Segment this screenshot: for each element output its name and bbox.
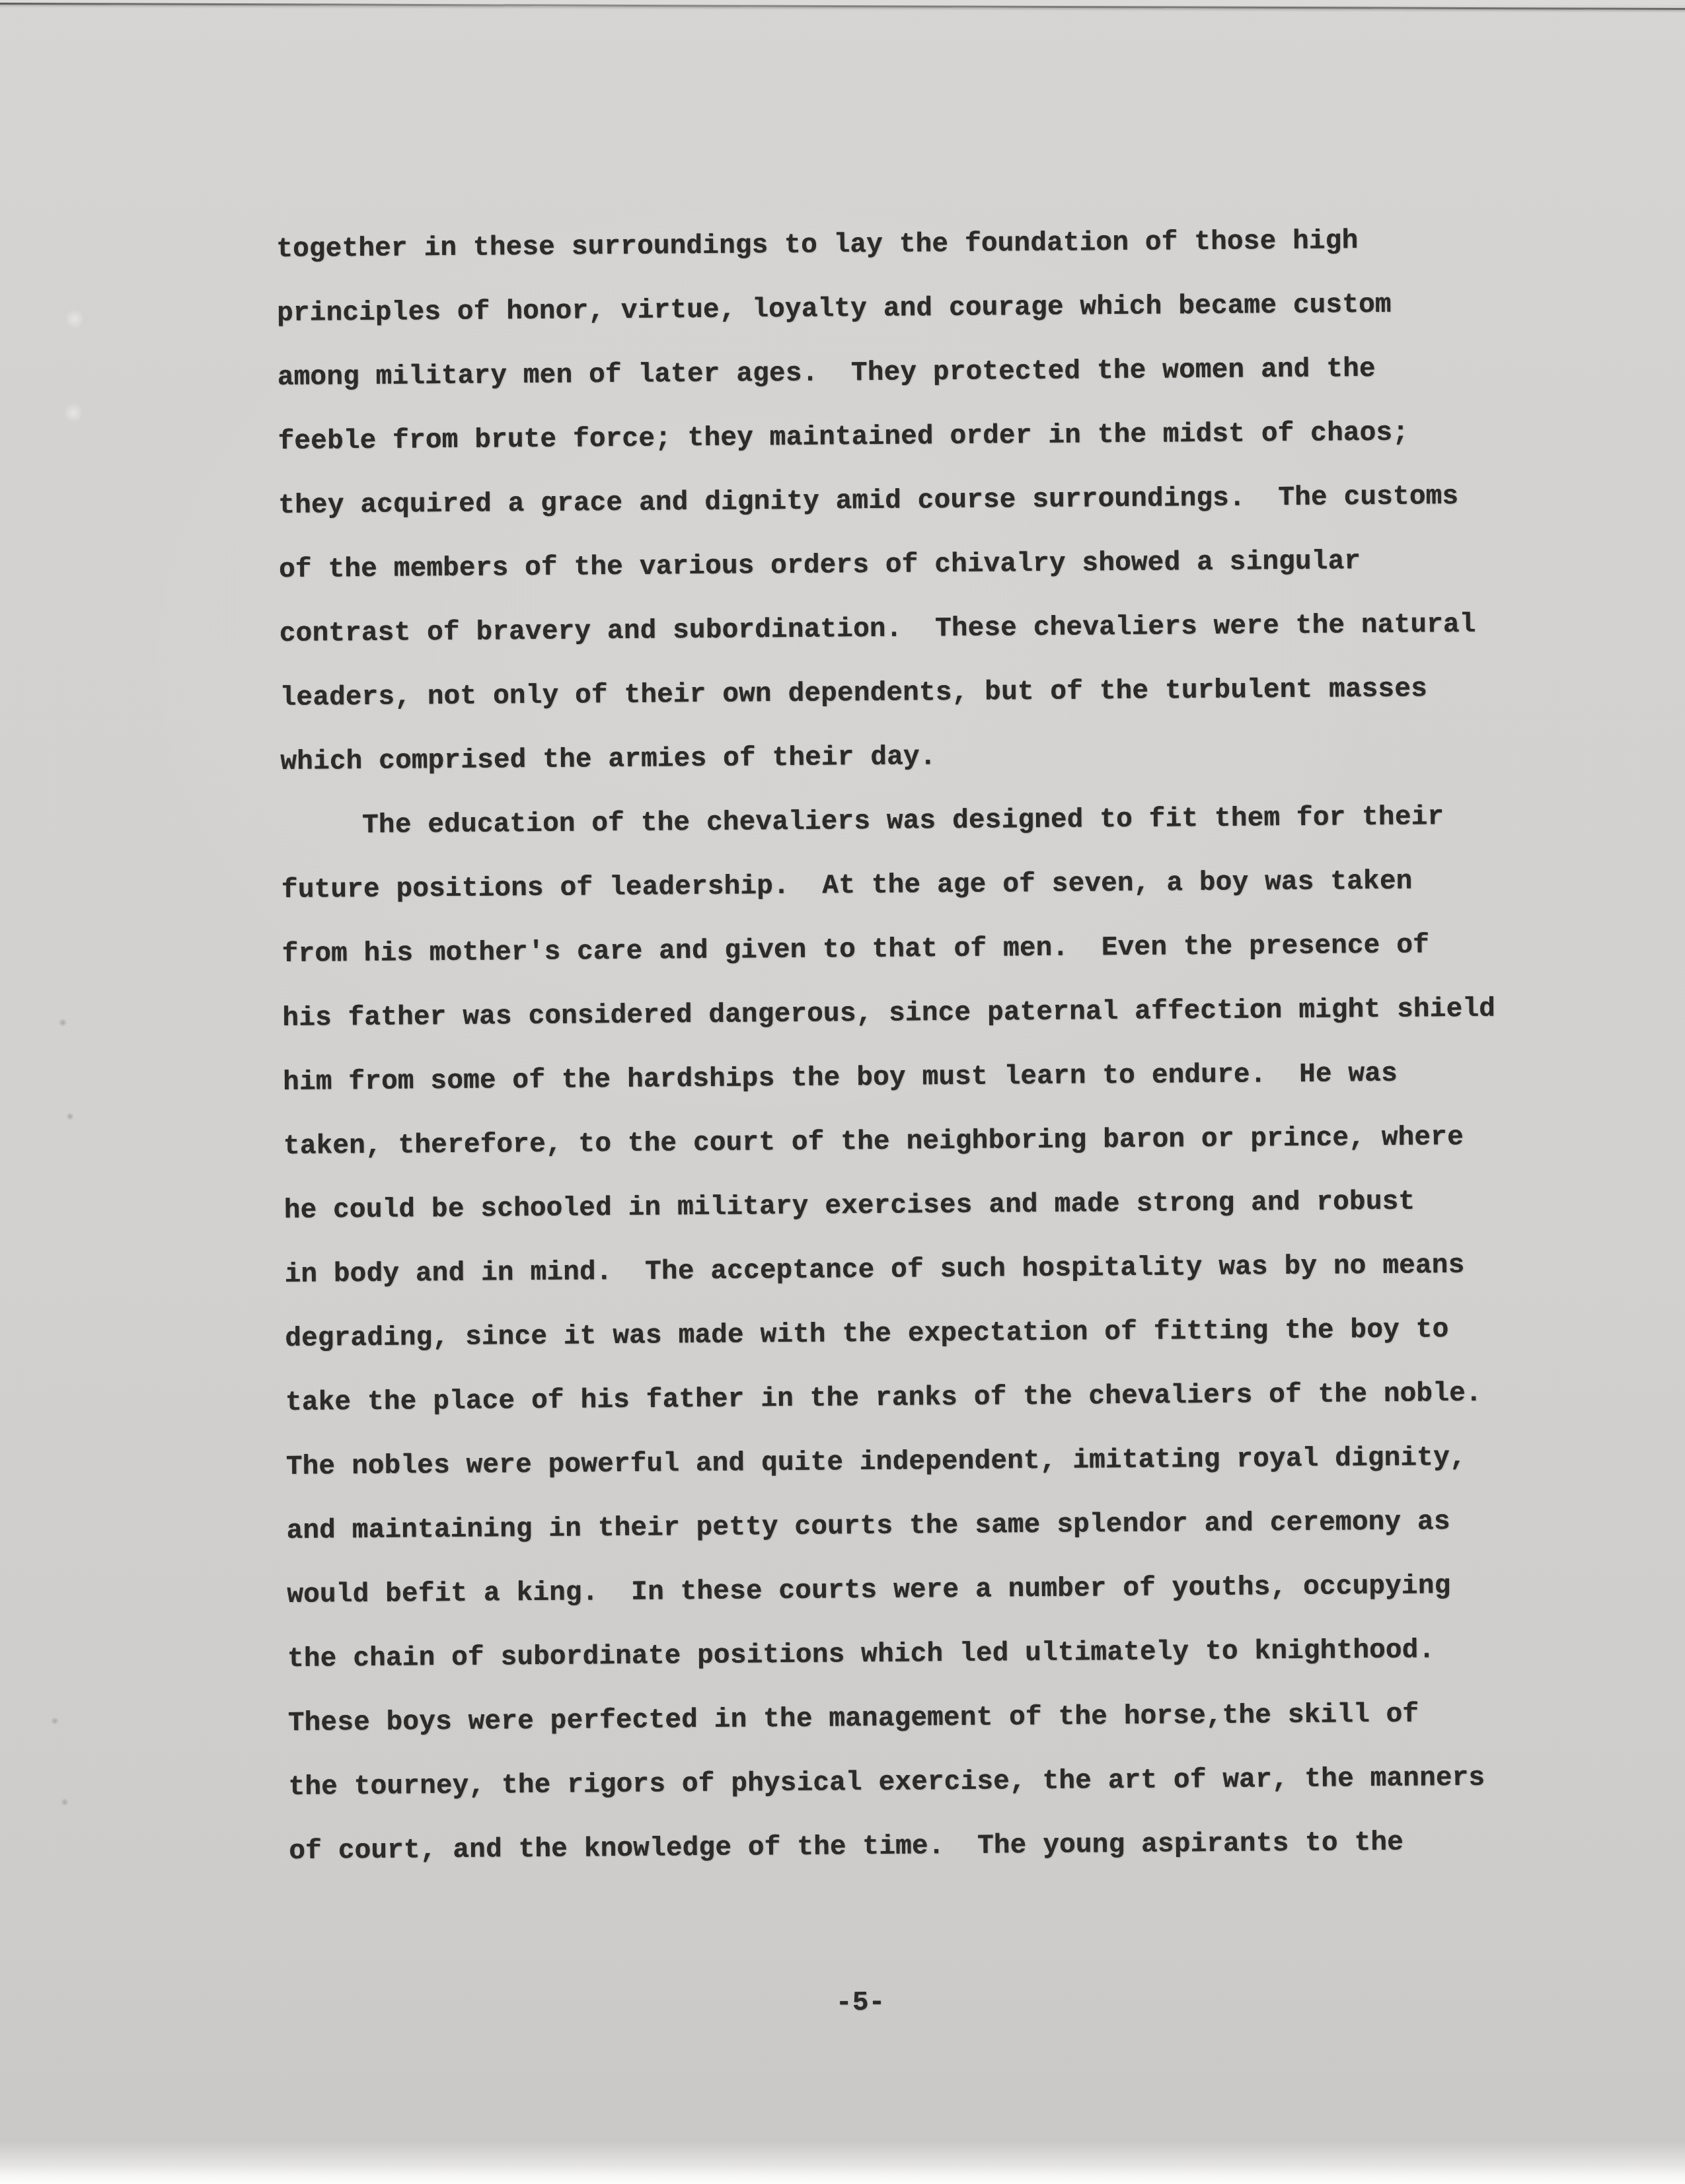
scan-speck (58, 1019, 67, 1027)
text-line: among military men of later ages. They p… (278, 336, 1534, 410)
text-line: feeble from brute force; they maintained… (278, 400, 1534, 474)
scan-speck (66, 308, 83, 330)
text-line: he could be schooled in military exercis… (283, 1169, 1540, 1243)
scan-bottom-edge (0, 2142, 1685, 2184)
text-line: and maintaining in their petty courts th… (286, 1490, 1542, 1564)
scan-speck (61, 1798, 69, 1806)
text-line: together in these surroundings to lay th… (276, 208, 1532, 282)
text-line: These boys were perfected in the managem… (288, 1682, 1544, 1756)
text-line: future positions of leadership. At the a… (281, 849, 1538, 923)
typewritten-text-block: together in these surroundings to lay th… (276, 208, 1546, 2040)
scan-speck (65, 402, 82, 424)
text-line: degrading, since it was made with the ex… (285, 1297, 1541, 1371)
text-line: principles of honor, virtue, loyalty and… (277, 272, 1533, 346)
text-line: take the place of his father in the rank… (285, 1362, 1542, 1436)
text-line: The nobles were powerful and quite indep… (285, 1426, 1542, 1500)
text-line: taken, therefore, to the court of the ne… (283, 1105, 1540, 1179)
text-line: leaders, not only of their own dependent… (280, 657, 1536, 731)
text-line: contrast of bravery and subordination. T… (280, 593, 1536, 667)
text-line: the tourney, the rigors of physical exer… (288, 1746, 1544, 1820)
text-line: they acquired a grace and dignity amid c… (278, 464, 1534, 538)
text-line: The education of the chevaliers was desi… (281, 785, 1537, 859)
text-line: from his mother's care and given to that… (281, 913, 1538, 987)
scan-speck (66, 1112, 74, 1120)
text-line: him from some of the hardships the boy m… (283, 1041, 1539, 1115)
text-line: of court, and the knowledge of the time.… (289, 1810, 1545, 1884)
scan-speck (50, 1718, 59, 1724)
text-line: in body and in mind. The acceptance of s… (284, 1233, 1540, 1307)
text-line: would befit a king. In these courts were… (287, 1554, 1543, 1628)
text-line: which comprised the armies of their day. (280, 721, 1536, 795)
text-line: of the members of the various orders of … (279, 528, 1535, 602)
scanned-document-page: together in these surroundings to lay th… (0, 0, 1685, 2184)
page-number: -5- (290, 1967, 1431, 2040)
text-line: his father was considered dangerous, sin… (282, 977, 1538, 1051)
text-line: the chain of subordinate positions which… (287, 1618, 1544, 1692)
